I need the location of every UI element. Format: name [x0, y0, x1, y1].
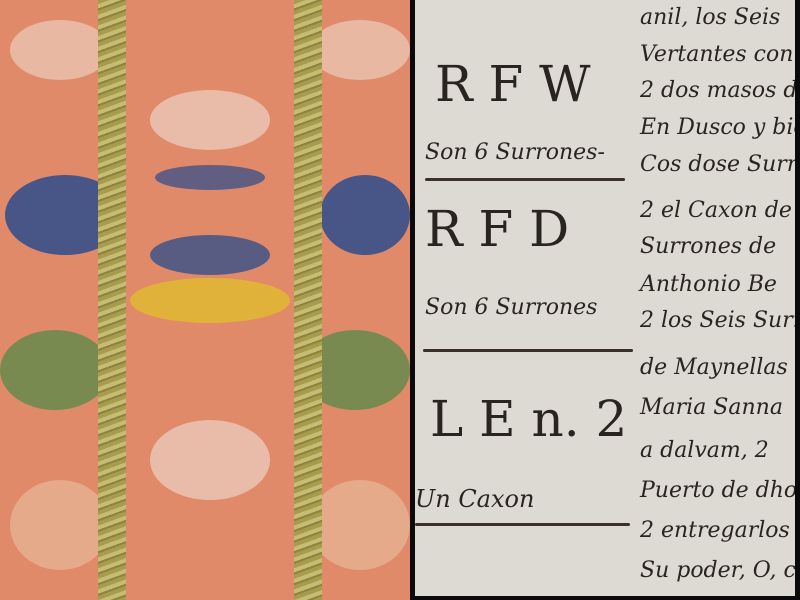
text-line: 2 entregarlos — [640, 518, 790, 543]
text-line: Vertantes con — [640, 42, 793, 67]
green-flower-motif — [0, 330, 110, 410]
pink-flower-motif — [10, 480, 110, 570]
text-line: de Maynellas — [640, 355, 788, 380]
text-line: En Dusco y bien — [640, 115, 795, 140]
manuscript-photo: R F W Son 6 Surrones- R F D Son 6 Surron… — [415, 0, 795, 596]
white-flower-motif — [10, 20, 110, 80]
yellow-leaf-motif — [130, 278, 290, 323]
text-line: Puerto de dhos — [640, 478, 795, 503]
separator-rule — [425, 178, 625, 181]
text-line: 2 el Caxon de — [640, 198, 792, 223]
blue-flower-motif — [320, 175, 410, 255]
gold-braid-strip — [294, 0, 322, 600]
mark-caption: Son 6 Surrones — [425, 295, 597, 320]
text-line: Surrones de — [640, 234, 776, 259]
text-line: 2 dos masos de — [640, 78, 795, 103]
text-line: anil, los Seis — [640, 5, 780, 30]
mark-caption: Son 6 Surrones- — [425, 140, 605, 165]
brocade-photo — [0, 0, 410, 600]
text-line: a dalvam, 2 — [640, 438, 769, 463]
blue-berries-motif — [150, 235, 270, 275]
text-line: 2 los Seis Surr — [640, 308, 795, 333]
merchant-mark: R F D — [425, 200, 569, 258]
text-line: Anthonio Be — [640, 272, 777, 297]
gold-braid-strip — [98, 0, 126, 600]
merchant-mark: L E n. 2 — [430, 390, 627, 448]
text-line: Su poder, O, ca — [640, 558, 795, 583]
white-flower-motif — [150, 420, 270, 500]
frame-border — [415, 596, 800, 600]
text-line: Maria Sanna — [640, 395, 783, 420]
blue-leaves-motif — [155, 165, 265, 190]
separator-rule — [423, 349, 633, 352]
text-line: Cos dose Surro — [640, 152, 795, 177]
separator-rule — [415, 523, 630, 526]
mark-caption: Un Caxon — [415, 485, 534, 513]
merchant-mark: R F W — [435, 55, 591, 113]
white-flower-motif — [310, 20, 410, 80]
pink-flower-motif — [310, 480, 410, 570]
white-flower-motif — [150, 90, 270, 150]
frame-border — [795, 0, 800, 600]
